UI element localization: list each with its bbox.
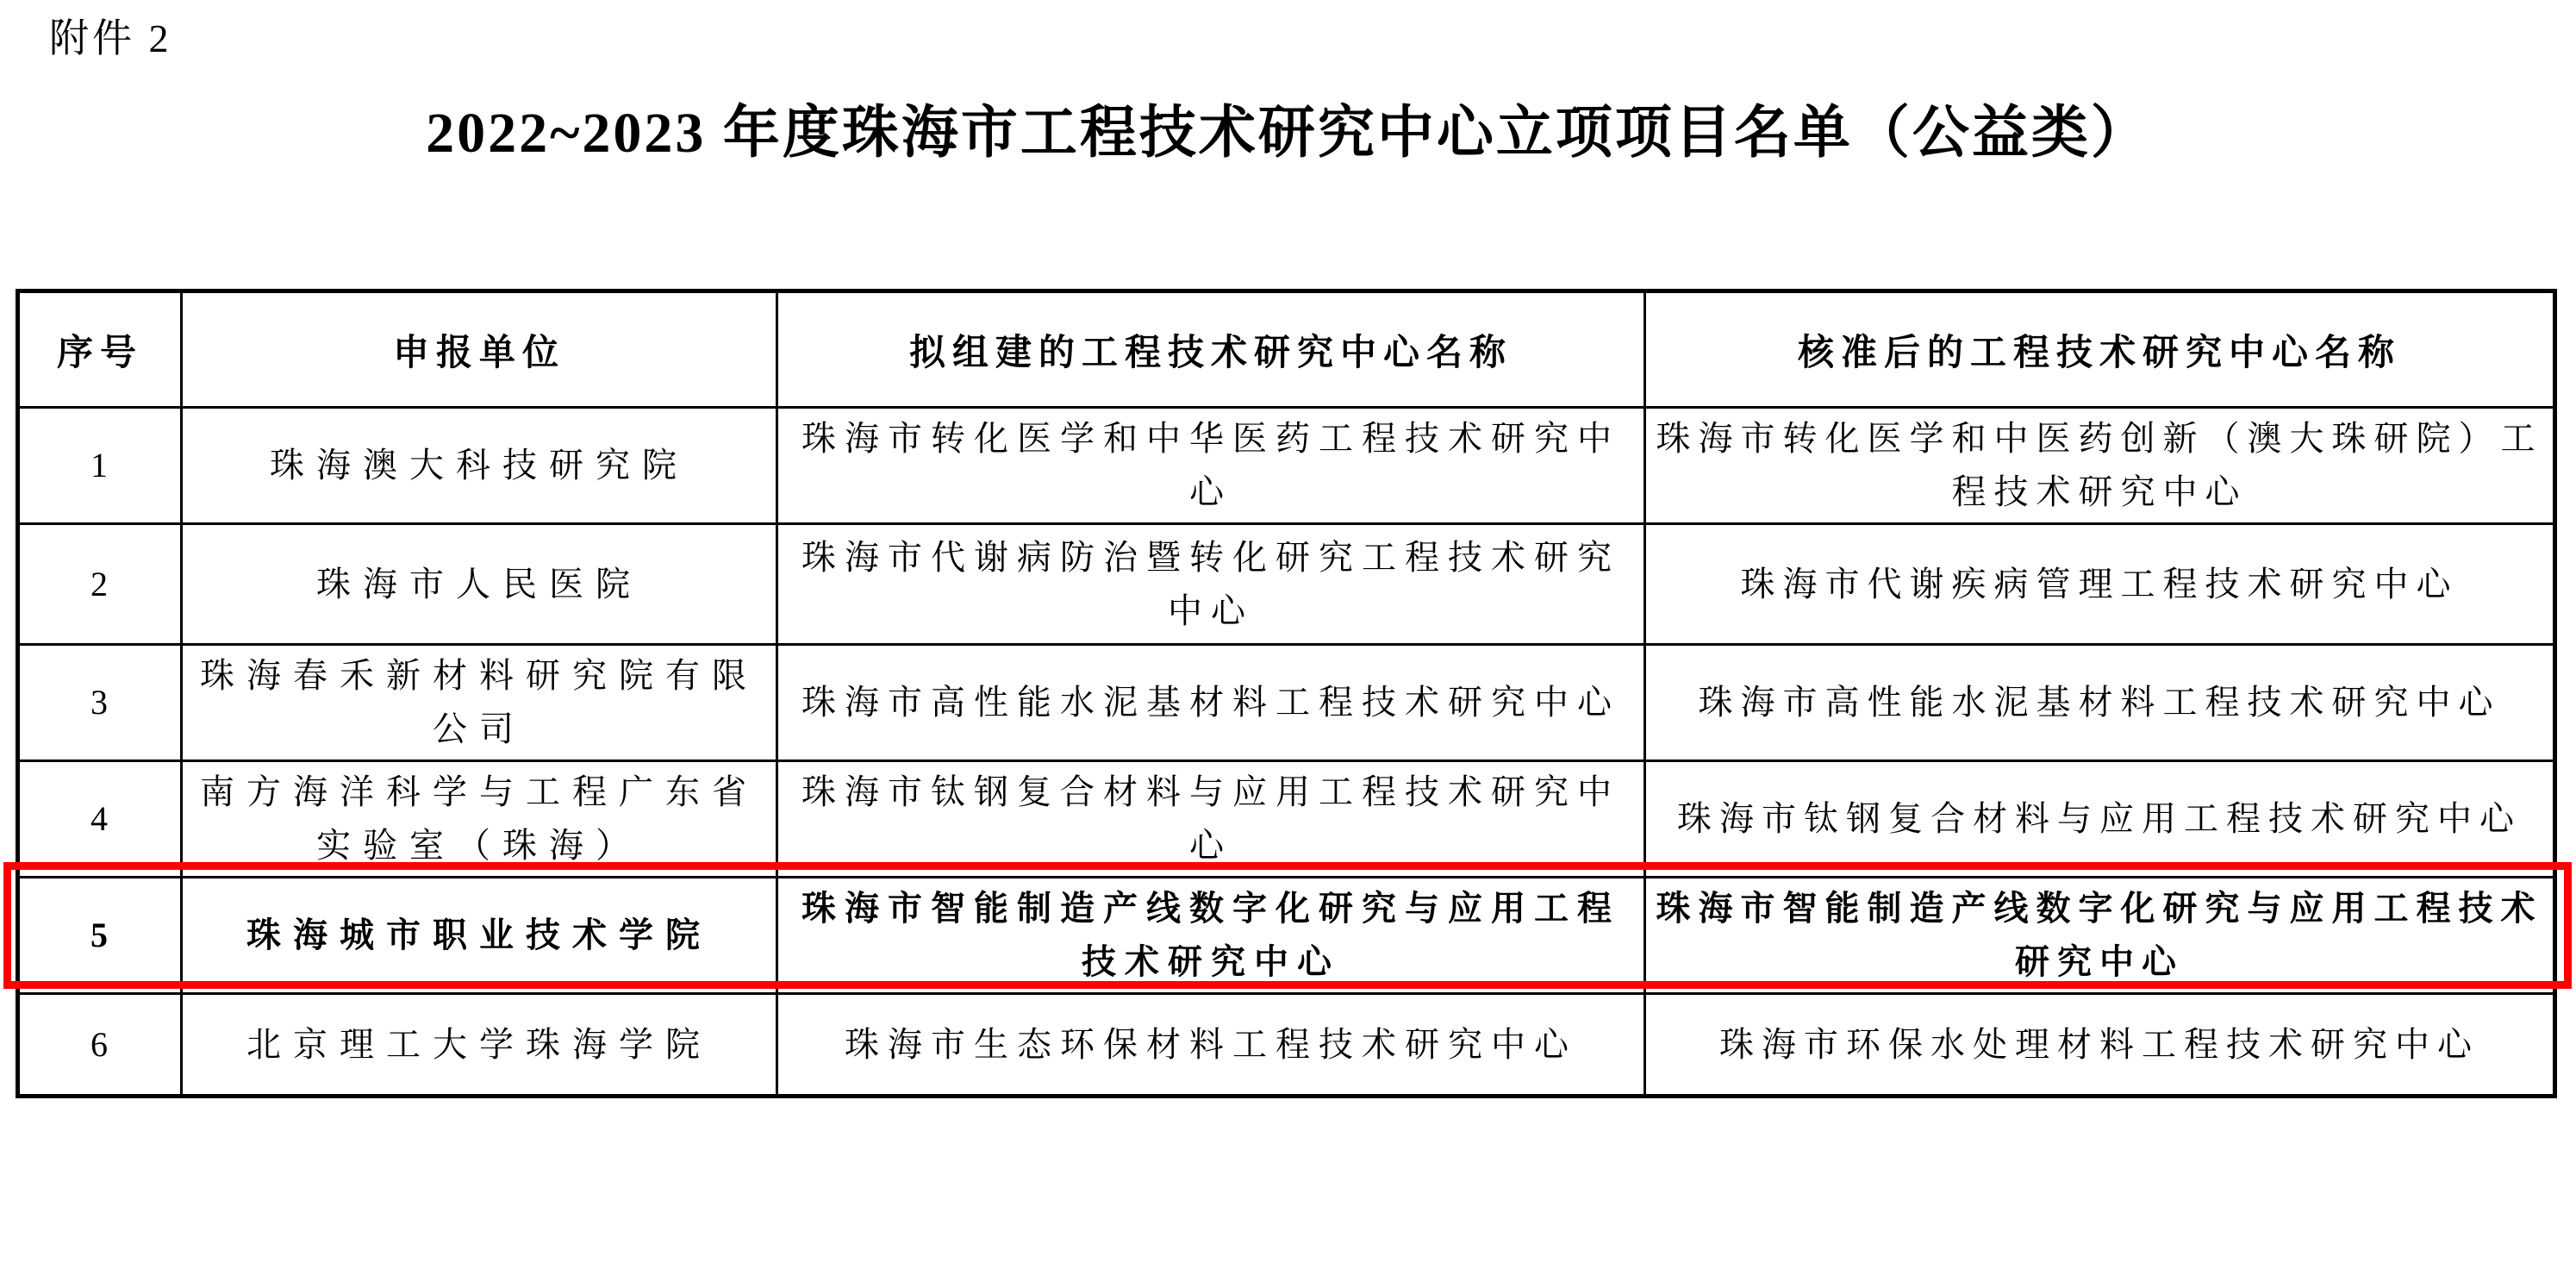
cell-applicant-unit: 珠海城市职业技术学院 [182, 878, 777, 994]
header-applicant-unit: 申报单位 [182, 291, 777, 408]
cell-proposed-center: 珠海市代谢病防治暨转化研究工程技术研究中心 [777, 524, 1645, 645]
attachment-label: 附件 2 [49, 7, 172, 64]
cell-applicant-unit: 北京理工大学珠海学院 [182, 994, 777, 1097]
cell-serial-number: 2 [18, 524, 182, 645]
cell-approved-center: 珠海市转化医学和中医药创新（澳大珠研院）工程技术研究中心 [1645, 408, 2555, 524]
cell-applicant-unit: 南方海洋科学与工程广东省实验室（珠海） [182, 761, 777, 878]
cell-approved-center: 珠海市环保水处理材料工程技术研究中心 [1645, 994, 2555, 1097]
cell-serial-number: 4 [18, 761, 182, 878]
cell-serial-number: 6 [18, 994, 182, 1097]
cell-serial-number: 1 [18, 408, 182, 524]
table-row: 6 北京理工大学珠海学院 珠海市生态环保材料工程技术研究中心 珠海市环保水处理材… [18, 994, 2555, 1097]
cell-proposed-center: 珠海市智能制造产线数字化研究与应用工程技术研究中心 [777, 878, 1645, 994]
table-row: 1 珠海澳大科技研究院 珠海市转化医学和中华医药工程技术研究中心 珠海市转化医学… [18, 408, 2555, 524]
cell-approved-center: 珠海市钛钢复合材料与应用工程技术研究中心 [1645, 761, 2555, 878]
cell-proposed-center: 珠海市钛钢复合材料与应用工程技术研究中心 [777, 761, 1645, 878]
project-table: 序号 申报单位 拟组建的工程技术研究中心名称 核准后的工程技术研究中心名称 1 … [16, 289, 2557, 1098]
cell-applicant-unit: 珠海澳大科技研究院 [182, 408, 777, 524]
cell-proposed-center: 珠海市高性能水泥基材料工程技术研究中心 [777, 645, 1645, 761]
table-header-row: 序号 申报单位 拟组建的工程技术研究中心名称 核准后的工程技术研究中心名称 [18, 291, 2555, 408]
header-proposed-center-name: 拟组建的工程技术研究中心名称 [777, 291, 1645, 408]
cell-proposed-center: 珠海市生态环保材料工程技术研究中心 [777, 994, 1645, 1097]
cell-approved-center: 珠海市高性能水泥基材料工程技术研究中心 [1645, 645, 2555, 761]
cell-approved-center: 珠海市代谢疾病管理工程技术研究中心 [1645, 524, 2555, 645]
cell-approved-center: 珠海市智能制造产线数字化研究与应用工程技术研究中心 [1645, 878, 2555, 994]
page-title: 2022~2023 年度珠海市工程技术研究中心立项项目名单（公益类） [0, 86, 2576, 168]
table-row: 2 珠海市人民医院 珠海市代谢病防治暨转化研究工程技术研究中心 珠海市代谢疾病管… [18, 524, 2555, 645]
cell-applicant-unit: 珠海市人民医院 [182, 524, 777, 645]
cell-proposed-center: 珠海市转化医学和中华医药工程技术研究中心 [777, 408, 1645, 524]
cell-serial-number: 3 [18, 645, 182, 761]
table-row-highlighted: 5 珠海城市职业技术学院 珠海市智能制造产线数字化研究与应用工程技术研究中心 珠… [18, 878, 2555, 994]
header-approved-center-name: 核准后的工程技术研究中心名称 [1645, 291, 2555, 408]
header-serial-number: 序号 [18, 291, 182, 408]
table-row: 4 南方海洋科学与工程广东省实验室（珠海） 珠海市钛钢复合材料与应用工程技术研究… [18, 761, 2555, 878]
cell-applicant-unit: 珠海春禾新材料研究院有限公司 [182, 645, 777, 761]
table-row: 3 珠海春禾新材料研究院有限公司 珠海市高性能水泥基材料工程技术研究中心 珠海市… [18, 645, 2555, 761]
cell-serial-number: 5 [18, 878, 182, 994]
